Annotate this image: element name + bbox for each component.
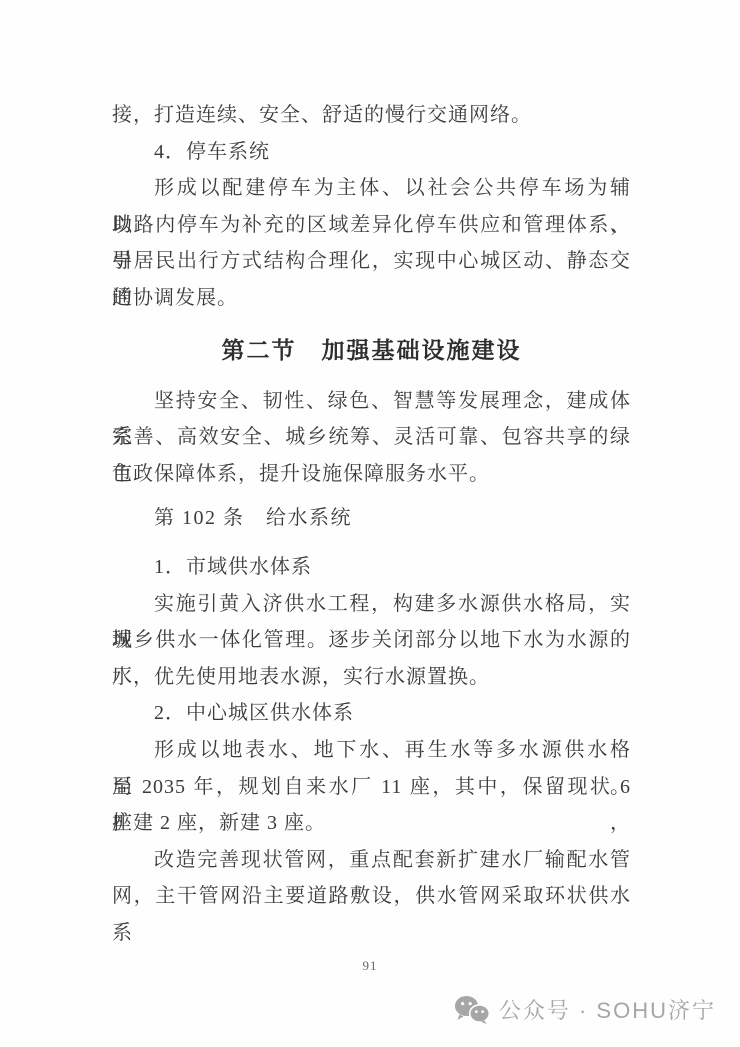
watermark-text: 公众号 · SOHU济宁: [499, 994, 716, 1025]
wechat-icon: [454, 995, 490, 1025]
body-line: 至 2035 年，规划自来水厂 11 座，其中，保留现状 6 座，: [112, 769, 631, 806]
page-number: 91: [0, 958, 740, 974]
body-line: 形成以配建停车为主体、以社会公共停车场为辅助、: [112, 170, 631, 207]
subitem-heading: 1．市域供水体系: [112, 549, 631, 586]
body-line: 网，主干管网沿主要道路敷设，供水管网采取环状供水系: [112, 878, 631, 915]
body-line: 改造完善现状管网，重点配套新扩建水厂输配水管: [112, 842, 631, 879]
body-line: 接，打造连续、安全、舒适的慢行交通网络。: [112, 97, 631, 134]
body-line: 坚持安全、韧性、绿色、智慧等发展理念，建成体系: [112, 383, 631, 420]
body-line: 城乡供水一体化管理。逐步关闭部分以地下水为水源的水: [112, 622, 631, 659]
body-line: 市政保障体系，提升设施保障服务水平。: [112, 456, 631, 493]
document-page: 接，打造连续、安全、舒适的慢行交通网络。 4．停车系统 形成以配建停车为主体、以…: [0, 0, 740, 1047]
subitem-heading: 2．中心城区供水体系: [112, 695, 631, 732]
body-line: 厂，优先使用地表水源，实行水源置换。: [112, 659, 631, 696]
body-line: 以路内停车为补充的区域差异化停车供应和管理体系，引: [112, 207, 631, 244]
body-line: 实施引黄入济供水工程，构建多水源供水格局，实现: [112, 586, 631, 623]
body-line: 导居民出行方式结构合理化，实现中心城区动、静态交通: [112, 243, 631, 280]
article-heading: 第 102 条 给水系统: [112, 500, 631, 537]
subitem-heading: 4．停车系统: [112, 134, 631, 171]
watermark: 公众号 · SOHU济宁: [454, 994, 716, 1025]
body-line: 形成以地表水、地下水、再生水等多水源供水格局。: [112, 732, 631, 769]
section-heading: 第二节 加强基础设施建设: [112, 330, 631, 370]
body-line: 的协调发展。: [112, 280, 631, 317]
body-line: 完善、高效安全、城乡统筹、灵活可靠、包容共享的绿色: [112, 419, 631, 456]
document-text-block: 接，打造连续、安全、舒适的慢行交通网络。 4．停车系统 形成以配建停车为主体、以…: [112, 97, 631, 915]
